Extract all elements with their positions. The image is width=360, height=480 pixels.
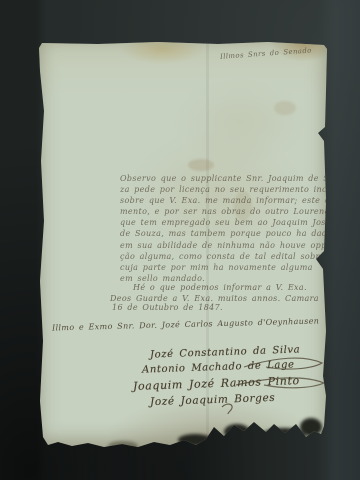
- letter-body: Observo que o supplicante Snr. Joaquim d…: [120, 173, 326, 284]
- closing-salute: Deos Guarde a V. Exa. muitos annos. Cama…: [110, 294, 319, 303]
- letter-body-line: de Souza, mas tambem porque pouco ha dad…: [120, 228, 326, 239]
- closing-formula: Hé o que podemos informar a V. Exa.: [133, 283, 307, 292]
- addressee-line: Illmo e Exmo Snr. Dor. Jozé Carlos Augus…: [52, 317, 319, 333]
- letter-body-line: cuja parte por mim ha novamente alguma: [120, 262, 326, 273]
- foxing-stain: [188, 159, 214, 171]
- letter-body-line: que tem empregado seu bem ao Joaquim Jos…: [120, 217, 326, 228]
- letter-body-line: sobre que V. Exa. me manda informar; est…: [120, 195, 326, 206]
- date-line: 16 de Outubro de 1847.: [112, 303, 223, 312]
- manuscript-page: Illmos Snrs do Senado Observo que o supp…: [38, 41, 327, 448]
- letter-body-line: mento, e por ser nas obras do outro Lour…: [120, 206, 326, 217]
- letter-body-line: ção alguma, como consta de tal edital so…: [120, 251, 326, 262]
- torn-edge-shadow: [262, 428, 306, 442]
- letter-body-line: za pede por licença no seu requerimento …: [120, 184, 326, 195]
- photo-backdrop: Illmos Snrs do Senado Observo que o supp…: [0, 0, 360, 480]
- torn-edge-shadow: [224, 424, 250, 440]
- torn-edge-shadow: [178, 434, 212, 446]
- annotation-top-right: Illmos Snrs do Senado: [220, 45, 330, 61]
- letter-body-line: em sua abilidade de ninhuma não houve op…: [120, 240, 326, 251]
- foxing-stain: [274, 101, 296, 115]
- torn-edge-shadow: [300, 418, 322, 436]
- letter-body-line: Observo que o supplicante Snr. Joaquim d…: [120, 173, 326, 184]
- torn-edge-shadow: [108, 441, 138, 451]
